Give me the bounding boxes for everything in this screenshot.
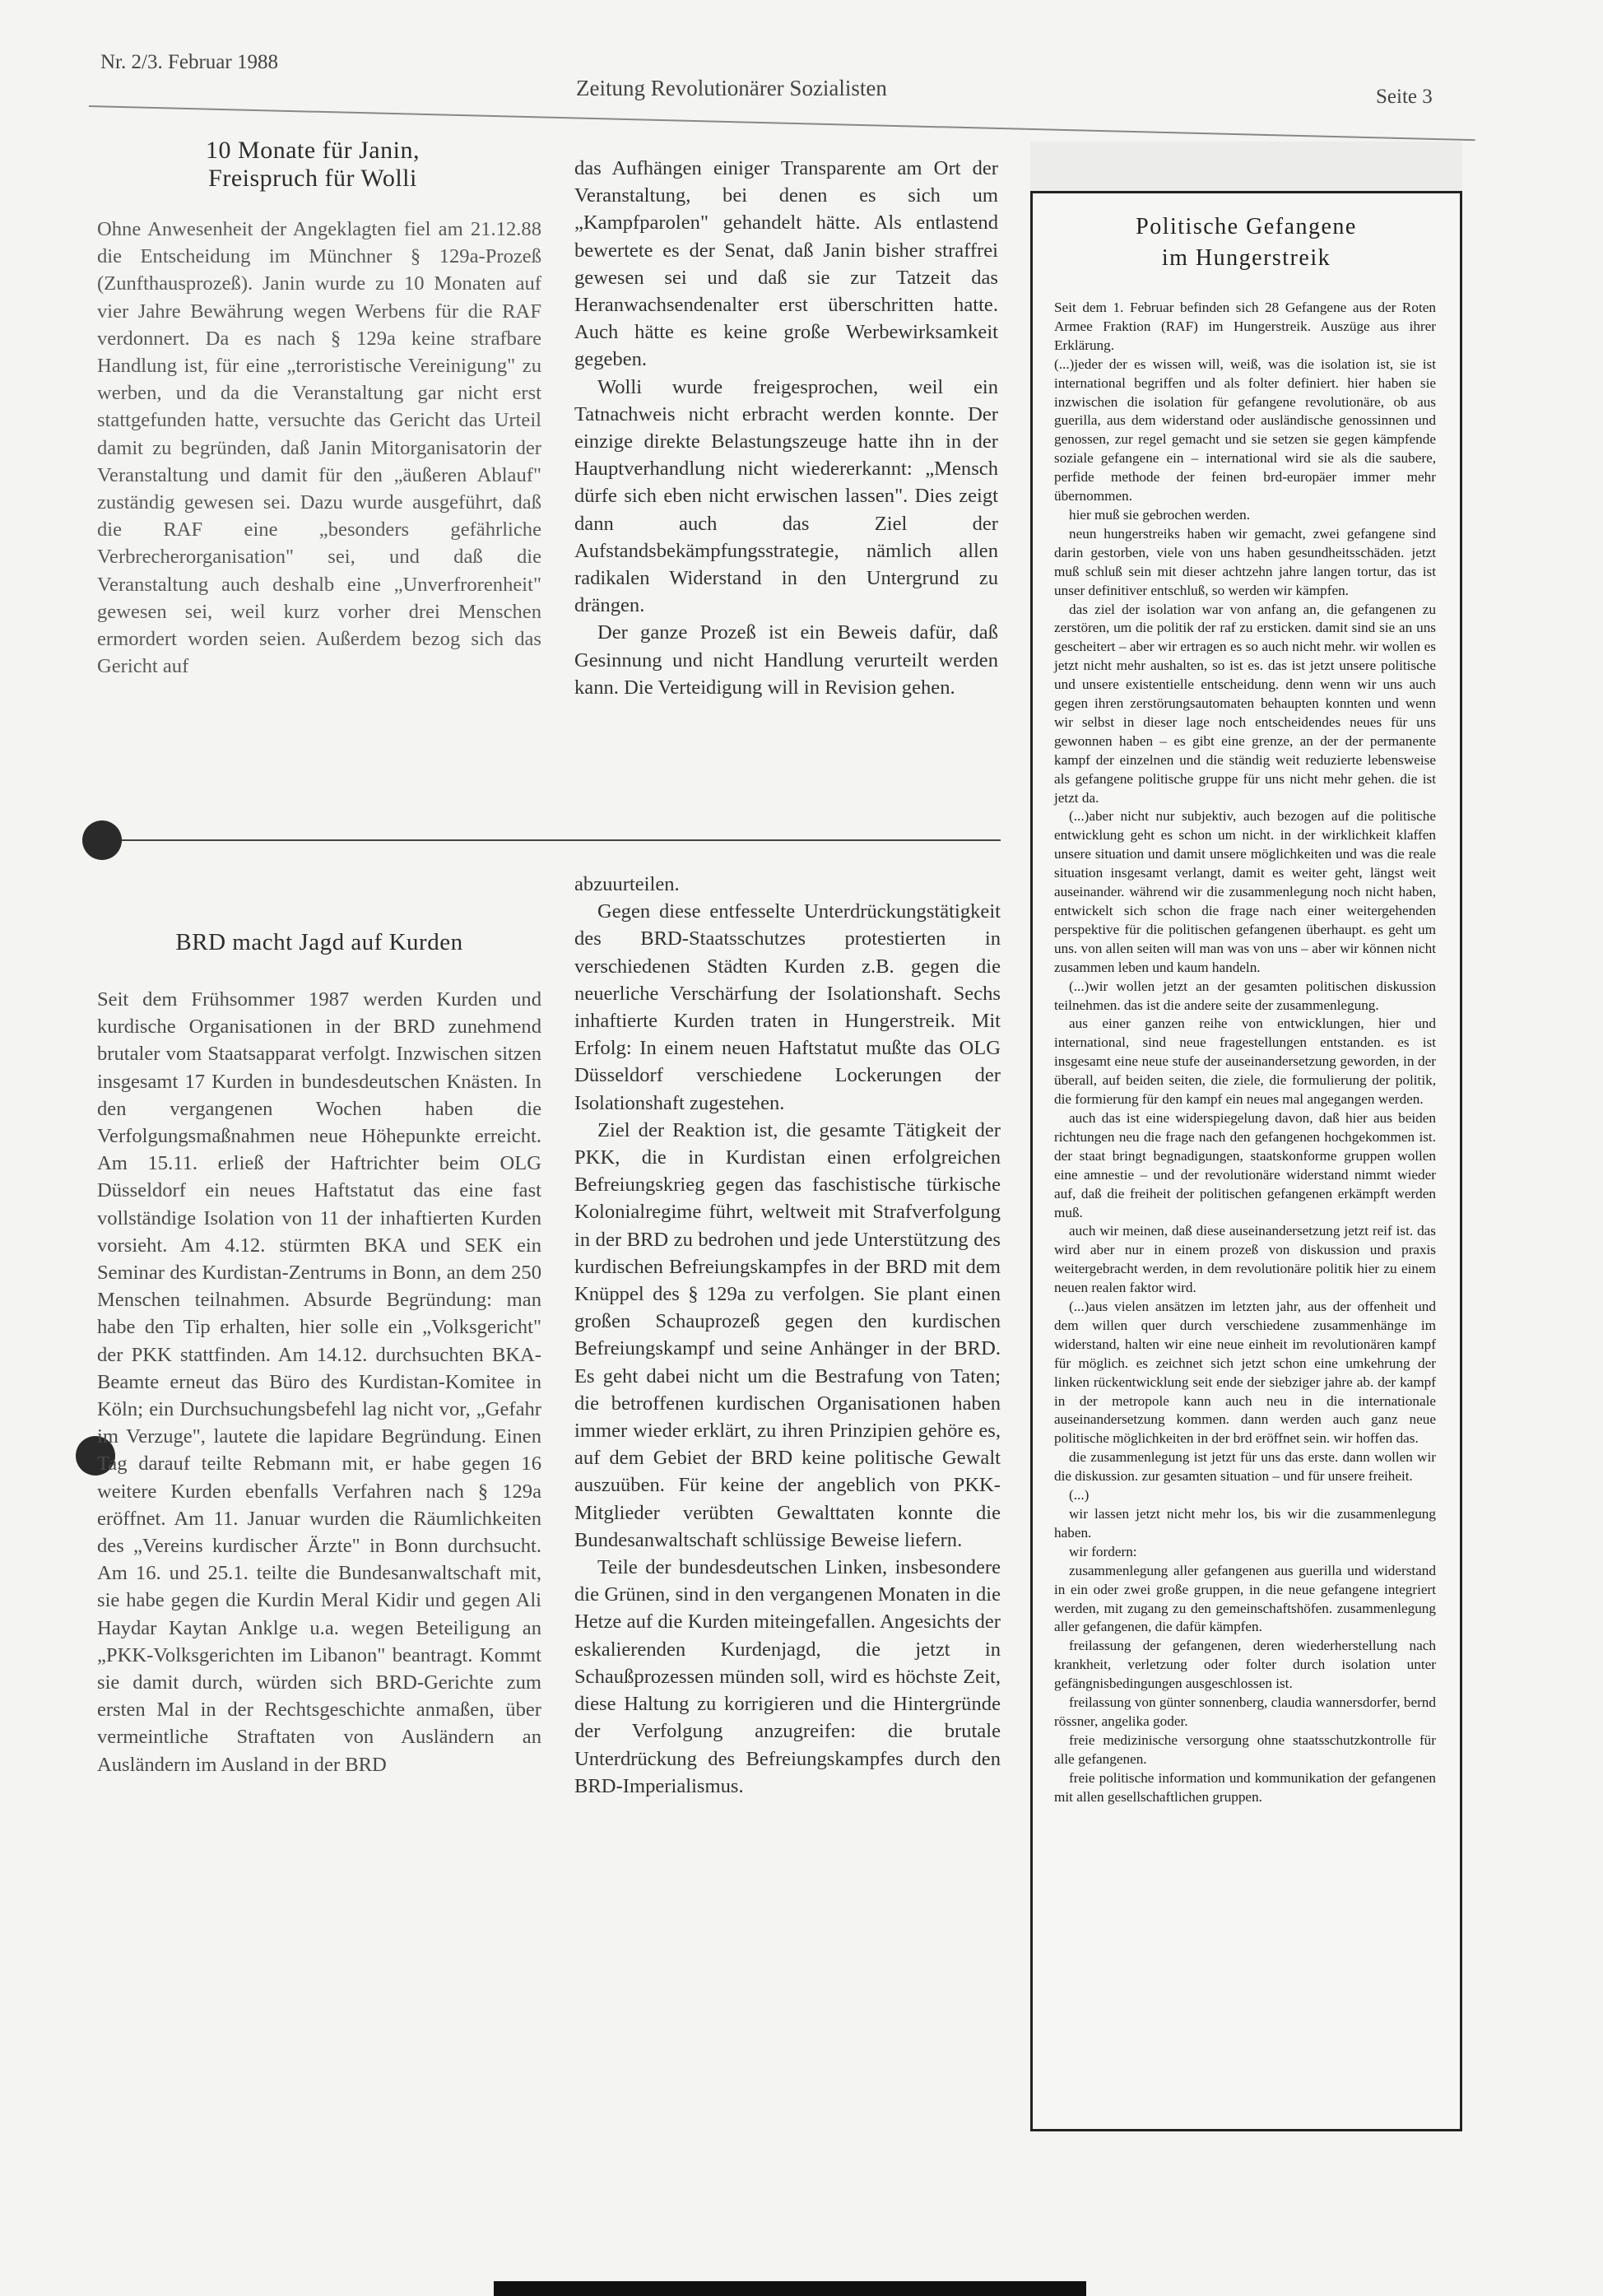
paragraph: Wolli wurde freigesprochen, weil ein Tat…	[574, 374, 998, 620]
box-paragraph: die zusammenlegung ist jetzt für uns das…	[1054, 1448, 1436, 1486]
section-divider	[105, 839, 1001, 841]
box-paragraph: zusammenlegung aller gefangenen aus guer…	[1054, 1562, 1436, 1638]
box-paragraph: hier muß sie gebrochen werden.	[1054, 506, 1436, 525]
box-title-line-2: im Hungerstreik	[1033, 243, 1460, 274]
page-number: Seite 3	[1376, 86, 1433, 109]
box-paragraph: (...)wir wollen jetzt an der gesamten po…	[1054, 978, 1436, 1016]
box-paragraph: auch wir meinen, daß diese auseinanderse…	[1054, 1222, 1436, 1298]
publication-title: Zeitung Revolutionärer Sozialisten	[576, 76, 887, 101]
box-paragraph: freie medizinische versorgung ohne staat…	[1054, 1731, 1436, 1769]
box-paragraph: Seit dem 1. Februar befinden sich 28 Gef…	[1054, 299, 1436, 356]
scan-edge-artifact	[494, 2281, 1086, 2296]
box-paragraph: neun hungerstreiks haben wir gemacht, zw…	[1054, 525, 1436, 601]
box-paragraph: wir fordern:	[1054, 1543, 1436, 1562]
issue-date: Nr. 2/3. Februar 1988	[100, 51, 278, 74]
box-title: Politische Gefangene im Hungerstreik	[1033, 211, 1460, 274]
box-paragraph: (...)	[1054, 1486, 1436, 1505]
hungerstreik-box: Politische Gefangene im Hungerstreik Sei…	[1030, 191, 1462, 2131]
article-janin-column-1: Ohne Anwesenheit der Angeklagten fiel am…	[97, 216, 541, 680]
headline-line-2: Freispruch für Wolli	[140, 165, 486, 193]
box-paragraph: wir lassen jetzt nicht mehr los, bis wir…	[1054, 1505, 1436, 1543]
box-paragraph: auch das ist eine widerspiegelung davon,…	[1054, 1109, 1436, 1222]
paragraph: Gegen diese entfesselte Unterdrückungstä…	[574, 898, 1001, 1117]
paragraph: abzuurteilen.	[574, 871, 1001, 898]
box-paragraph: (...)aber nicht nur subjektiv, auch bezo…	[1054, 807, 1436, 977]
headline-janin: 10 Monate für Janin, Freispruch für Woll…	[140, 137, 486, 193]
box-paragraph: freie politische information und kommuni…	[1054, 1769, 1436, 1807]
box-paragraph: freilassung der gefangenen, deren wieder…	[1054, 1637, 1436, 1694]
box-paragraph: (...)jeder der es wissen will, weiß, was…	[1054, 356, 1436, 506]
box-paragraph: (...)aus vielen ansätzen im letzten jahr…	[1054, 1298, 1436, 1448]
headline-line-1: 10 Monate für Janin,	[140, 137, 486, 165]
paragraph: Ziel der Reaktion ist, die gesamte Tätig…	[574, 1117, 1001, 1554]
paragraph: Seit dem Frühsommer 1987 werden Kurden u…	[97, 986, 541, 1778]
article-kurden-column-1: Seit dem Frühsommer 1987 werden Kurden u…	[97, 986, 541, 1778]
box-title-line-1: Politische Gefangene	[1033, 211, 1460, 243]
article-kurden-column-2: abzuurteilen. Gegen diese entfesselte Un…	[574, 871, 1001, 1800]
header-divider	[89, 105, 1475, 141]
headline-kurden: BRD macht Jagd auf Kurden	[122, 928, 517, 956]
box-background-ghost	[1030, 142, 1462, 191]
box-body: Seit dem 1. Februar befinden sich 28 Gef…	[1054, 299, 1436, 1807]
article-janin-column-2: das Aufhängen einiger Transparente am Or…	[574, 155, 998, 701]
box-paragraph: aus einer ganzen reihe von entwicklungen…	[1054, 1015, 1436, 1109]
box-paragraph: das ziel der isolation war von anfang an…	[1054, 601, 1436, 808]
paragraph: Teile der bundesdeutschen Linken, insbes…	[574, 1554, 1001, 1800]
paragraph: Ohne Anwesenheit der Angeklagten fiel am…	[97, 216, 541, 680]
paragraph: das Aufhängen einiger Transparente am Or…	[574, 155, 998, 374]
punch-hole	[82, 820, 122, 860]
box-paragraph: freilassung von günter sonnenberg, claud…	[1054, 1694, 1436, 1731]
paragraph: Der ganze Prozeß ist ein Beweis dafür, d…	[574, 619, 998, 701]
